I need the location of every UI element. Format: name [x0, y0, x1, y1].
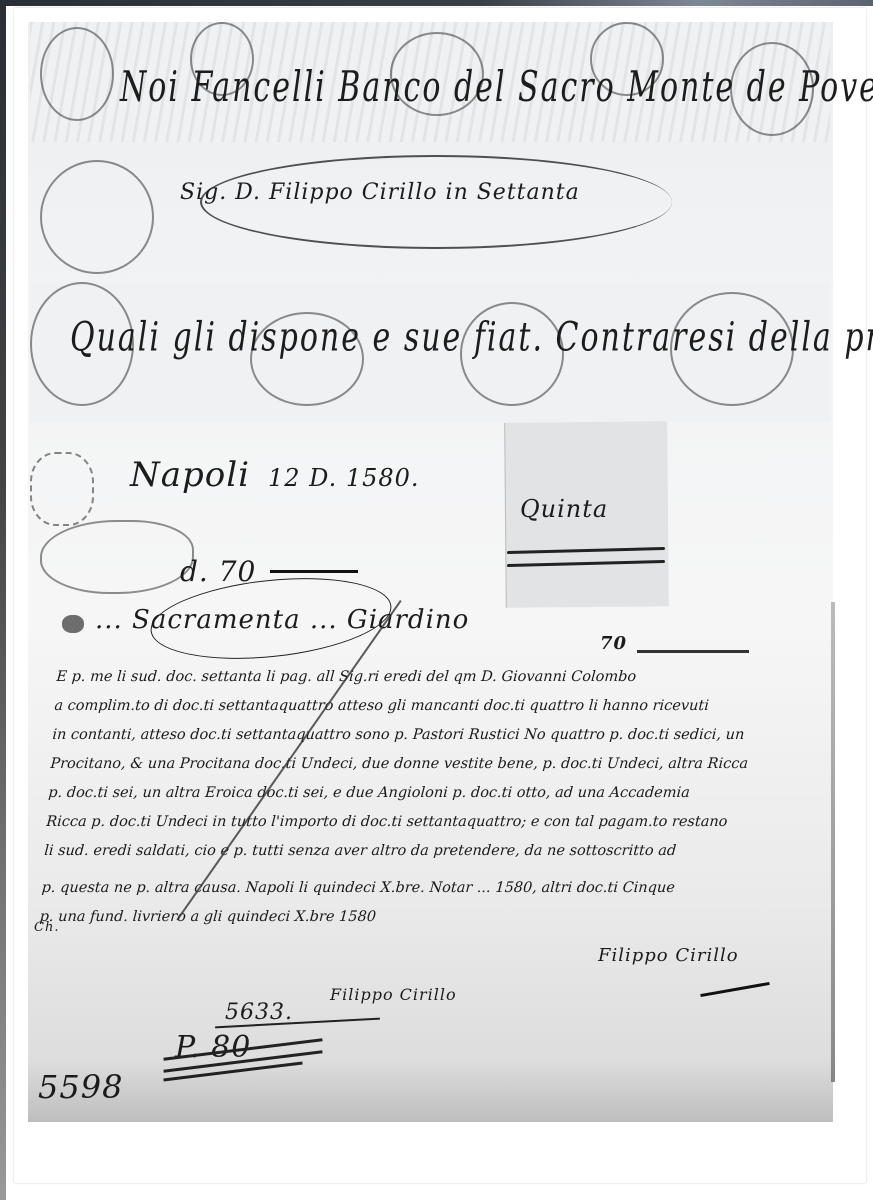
signature-large: ... Sacramenta ... Giardino — [95, 605, 469, 635]
reference-rule — [637, 650, 749, 653]
seal-stamp — [30, 452, 94, 526]
body-line: p. una fund. livriero a gli quindeci X.b… — [39, 903, 821, 932]
place-date: Napoli12 D. 1580. — [130, 455, 420, 495]
scanner-edge-top — [0, 0, 873, 6]
body-line: li sud. eredi saldati, cio e p. tutti se… — [43, 837, 825, 866]
body-line: Procitano, & una Procitana doc.ti Undeci… — [49, 750, 831, 779]
reference-mark: 70 — [600, 633, 627, 654]
scan-shadow — [28, 1060, 833, 1122]
amount-rule — [270, 570, 358, 573]
body-line: Ricca p. doc.ti Undeci in tutto l'import… — [45, 808, 827, 837]
account-number: 5633. — [225, 1000, 293, 1025]
payee-line: Sig. D. Filippo Cirillo in Settanta — [180, 180, 580, 205]
scanner-edge-left — [0, 0, 6, 1200]
flourish-ornament — [40, 520, 194, 594]
body-line: in contanti, atteso doc.ti settantaquatt… — [51, 721, 833, 750]
header-ornamental-line-3: Quali gli dispone e sue fiat. Contraresi… — [70, 314, 873, 361]
header-ornamental-line-1: Noi Fancelli Banco del Sacro Monte de Po… — [120, 63, 873, 112]
margin-note: Ch. — [34, 920, 59, 935]
body-text: E p. me li sud. doc. settanta li pag. al… — [39, 663, 838, 932]
place-name: Napoli — [130, 455, 250, 495]
ink-blot — [62, 615, 84, 633]
signature-bottom: Filippo Cirillo — [330, 985, 457, 1004]
body-line: p. doc.ti sei, un altra Eroica doc.ti se… — [47, 779, 829, 808]
body-line: p. questa ne p. altra causa. Napoli li q… — [41, 874, 823, 903]
signature-right: Filippo Cirillo — [598, 945, 739, 966]
slip-annotation: Quinta — [520, 495, 608, 523]
document-date: 12 D. 1580. — [268, 464, 420, 492]
flourish-ornament — [40, 27, 114, 121]
body-line: a complim.to di doc.ti settantaquattro a… — [53, 692, 835, 721]
flourish-ornament — [40, 160, 154, 274]
body-line: E p. me li sud. doc. settanta li pag. al… — [55, 663, 837, 692]
